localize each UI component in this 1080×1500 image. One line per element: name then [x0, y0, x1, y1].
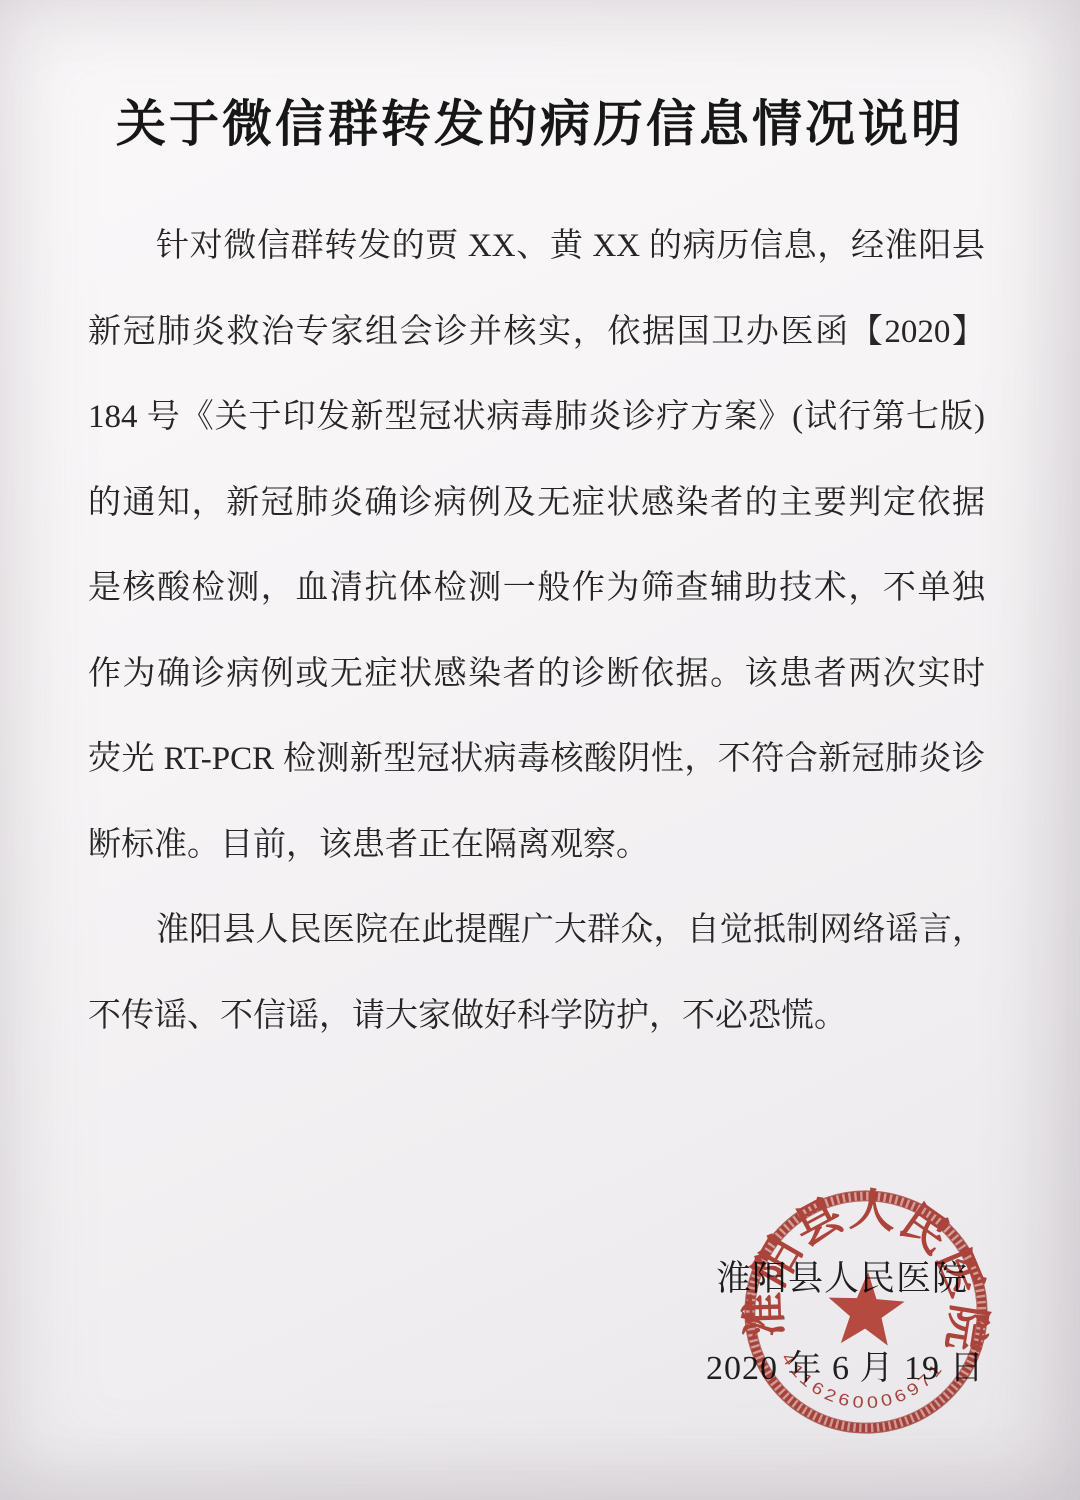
body-line: 作为确诊病例或无症状感染者的诊断依据。该患者两次实时 — [88, 632, 985, 718]
official-seal-stamp: 淮阳县人民医院 4116260006971 — [734, 1180, 999, 1445]
body-line: 针对微信群转发的贾 XX、黄 XX 的病历信息，经淮阳县 — [88, 204, 985, 290]
body-line: 新冠肺炎救治专家组会诊并核实，依据国卫办医函【2020】 — [88, 290, 985, 376]
body-line: 的通知，新冠肺炎确诊病例及无症状感染者的主要判定依据 — [88, 461, 985, 547]
red-star-icon — [826, 1270, 906, 1346]
scanned-document-page: 关于微信群转发的病历信息情况说明 针对微信群转发的贾 XX、黄 XX 的病历信息… — [0, 0, 1080, 1500]
body-line: 是核酸检测，血清抗体检测一般作为筛查辅助技术，不单独 — [88, 546, 985, 632]
body-line: 荧光 RT-PCR 检测新型冠状病毒核酸阴性，不符合新冠肺炎诊 — [88, 717, 985, 803]
body-line: 断标准。目前，该患者正在隔离观察。 — [88, 803, 985, 889]
document-body: 针对微信群转发的贾 XX、黄 XX 的病历信息，经淮阳县 新冠肺炎救治专家组会诊… — [88, 204, 985, 1059]
body-line: 不传谣、不信谣，请大家做好科学防护，不必恐慌。 — [88, 974, 985, 1060]
body-line: 淮阳县人民医院在此提醒广大群众，自觉抵制网络谣言， — [88, 888, 985, 974]
document-title: 关于微信群转发的病历信息情况说明 — [0, 84, 1080, 156]
body-line: 184 号《关于印发新型冠状病毒肺炎诊疗方案》(试行第七版) — [88, 375, 985, 461]
